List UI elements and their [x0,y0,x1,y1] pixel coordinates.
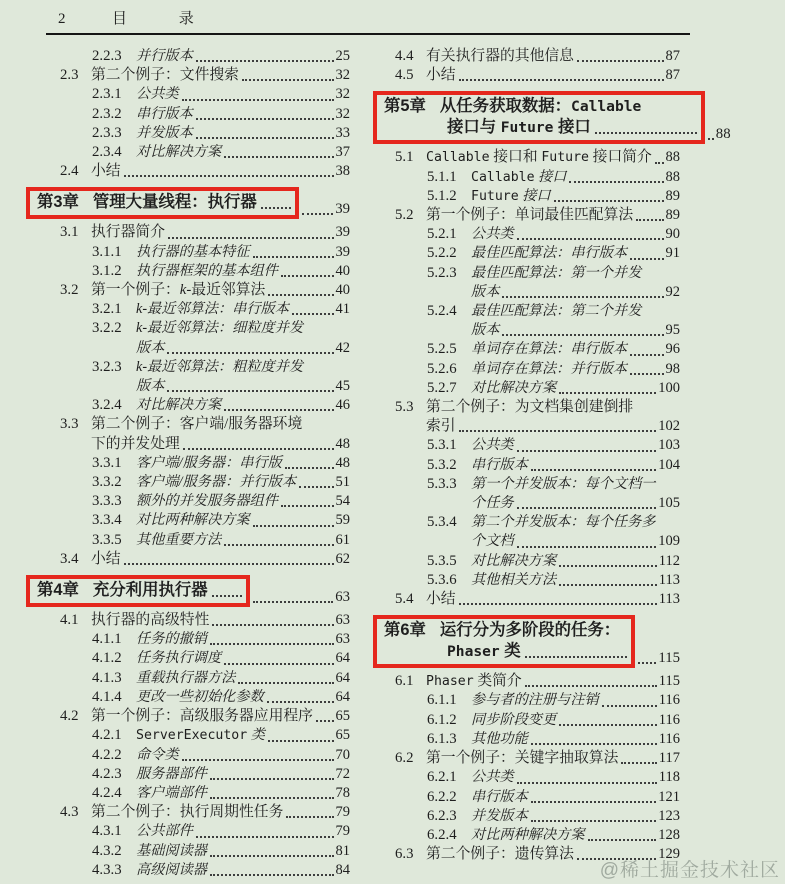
entry-number: 5.1 [395,148,426,167]
toc-entry: 6.2.3并发版本123 [390,807,680,826]
entry-title: Callable 接口 [471,168,566,187]
entry-number: 5.2.6 [427,360,471,379]
toc-column-left: 2.2.3并行版本252.3第二个例子：文件搜索322.3.1公共类322.3.… [55,47,350,880]
toc-entry: 4.1执行器的高级特性63 [55,611,350,630]
entry-title: ServerExecutor 类 [136,726,265,745]
toc-entry: 5.2.6单词存在算法：并行版本98 [390,360,680,379]
entry-number: 3.1.2 [92,262,136,281]
toc-entry: 5.2.7对比解决方案100 [390,379,680,398]
toc-entry: 4.3第二个例子：执行周期性任务79 [55,803,350,822]
dot-leader [281,505,334,507]
toc-entry: 3.1执行器简介39 [55,223,350,242]
entry-title: 第一个例子：单词最佳匹配算法 [426,206,633,225]
chapter-title: 运行分为多阶段的任务： [440,620,620,641]
entry-number: 6.2 [395,749,426,768]
dot-leader [261,207,291,209]
entry-title: 第一个并发版本：每个文档一 [471,475,655,494]
page-ref: 113 [659,571,680,590]
page-ref: 115 [658,649,680,668]
entry-number: 3.3.5 [92,531,136,550]
page-ref: 72 [336,765,351,784]
dot-leader [196,836,334,838]
entry-title: 小结 [426,590,456,609]
entry-title: 执行器简介 [91,223,165,242]
entry-number: 5.4 [395,590,426,609]
entry-number: 5.3.3 [427,475,471,494]
toc-entry: 5.2.4最佳匹配算法：第二个并发 [390,302,680,321]
entry-number: 6.2.3 [427,807,471,826]
toc-entry: 版本42 [55,339,350,358]
entry-title: 执行器的高级特性 [91,611,209,630]
chapter-highlight-box: 第4章充分利用执行器 [26,575,250,607]
entry-number: 2.3.2 [92,105,136,124]
toc-entry: 2.3.3并发版本33 [55,124,350,143]
toc-entry: 3.2.3k-最近邻算法：粗粒度并发 [55,358,350,377]
toc-entry: 5.2.2最佳匹配算法：串行版本91 [390,244,680,263]
page-ref: 100 [658,379,680,398]
page-ref: 61 [336,531,351,550]
page-ref: 116 [659,730,680,749]
page-ref: 59 [336,511,351,530]
chapter-number: 第6章 [384,620,426,641]
page-ref: 117 [659,749,680,768]
dot-leader [525,656,627,658]
page-ref: 40 [336,281,351,300]
entry-number: 2.3.3 [92,124,136,143]
toc-entry: 5.2第一个例子：单词最佳匹配算法89 [390,206,680,225]
entry-title: 客户端部件 [136,784,207,803]
chapter-title: 接口与 Future 接口 [447,117,591,138]
page-ref: 81 [336,842,351,861]
entry-title: 单词存在算法：串行版本 [471,340,627,359]
chapter-title-line: Phaser 类 [384,641,627,662]
entry-title: 并行版本 [136,47,193,66]
page-ref: 64 [336,649,351,668]
entry-title: 对比解决方案 [136,396,221,415]
entry-title: 版本 [471,283,499,302]
dot-leader [517,782,657,784]
dot-leader [196,60,334,62]
entry-title: 其他重要方法 [136,531,221,550]
chapter-number: 第5章 [384,96,426,117]
dot-leader [210,855,334,857]
entry-number: 3.3.4 [92,511,136,530]
dot-leader [302,213,333,215]
chapter-title-line: 接口与 Future 接口 [384,117,697,138]
page-ref: 48 [336,454,351,473]
entry-title: 第二个并发版本：每个任务多 [471,513,655,532]
page-ref: 89 [666,206,681,225]
dot-leader [459,603,657,605]
dot-leader [224,156,333,158]
page-ref: 90 [666,225,681,244]
page-ref: 46 [336,396,351,415]
toc-entry: 6.1.1参与者的注册与注销116 [390,691,680,710]
page-ref: 96 [666,340,681,359]
page-ref: 87 [666,47,681,66]
dot-leader [517,238,664,240]
page-ref: 84 [336,861,351,880]
dot-leader [602,705,657,707]
entry-title: 个任务 [471,494,514,513]
page-ref: 88 [666,168,681,187]
toc-entry: 4.1.3重载执行器方法64 [55,669,350,688]
chapter-title-line: 第6章运行分为多阶段的任务： [384,620,627,641]
entry-number: 3.3.2 [92,473,136,492]
entry-title: 公共类 [471,768,514,787]
chapter-entry: 第4章充分利用执行器63 [26,575,350,607]
entry-title: 并发版本 [471,807,528,826]
page-ref: 63 [336,630,351,649]
entry-title: 客户端/服务器：并行版本 [136,473,296,492]
dot-leader [531,801,656,803]
entry-title: 串行版本 [471,456,528,475]
entry-title: k-最近邻算法：细粒度并发 [136,319,303,338]
entry-title: 最佳匹配算法：第二个并发 [471,302,641,321]
toc-entry: 6.2第一个例子：关键字抽取算法117 [390,749,680,768]
entry-title: 小结 [91,162,121,181]
code-term: Future [501,119,554,136]
entry-title: 版本 [471,321,499,340]
toc-entry: 4.1.1任务的撤销63 [55,630,350,649]
entry-title: 重载执行器方法 [136,669,235,688]
page-ref: 79 [336,803,351,822]
entry-number: 4.1.1 [92,630,136,649]
page-ref: 70 [336,746,351,765]
entry-number: 4.3.2 [92,842,136,861]
entry-number: 4.2.3 [92,765,136,784]
page-header: 2 目 录 [0,0,785,28]
dot-leader [655,162,664,164]
dot-leader [517,507,657,509]
entry-title: 第二个例子：为文档集创建倒排 [426,398,633,417]
dot-leader [531,743,657,745]
entry-number: 4.3 [60,803,91,822]
entry-number: 4.1.2 [92,649,136,668]
toc-entry: 5.1.2Future 接口89 [390,187,680,206]
entry-title: 客户端/服务器：串行版 [136,454,282,473]
toc-entry: 5.3.6其他相关方法113 [390,571,680,590]
entry-number: 4.1 [60,611,91,630]
entry-number: 2.4 [60,162,91,181]
entry-number: 5.3.2 [427,456,471,475]
entry-number: 5.3.6 [427,571,471,590]
entry-title: 对比两种解决方案 [471,826,585,845]
toc-entry: 2.3.1公共类32 [55,85,350,104]
dot-leader [559,565,657,567]
dot-leader [168,237,334,239]
dot-leader [459,79,664,81]
toc-entry: 版本95 [390,321,680,340]
entry-title: 下的并发处理 [91,435,180,454]
entry-title: 个文档 [471,532,514,551]
entry-title: 公共类 [471,436,514,455]
page-ref: 95 [666,321,681,340]
toc-entry: 索引102 [390,417,680,436]
dot-leader [708,138,714,140]
toc-entry: 5.2.3最佳匹配算法：第一个并发 [390,264,680,283]
page-ref: 39 [336,243,351,262]
entry-number: 4.3.3 [92,861,136,880]
dot-leader [559,724,657,726]
dot-leader [196,118,334,120]
entry-title: 索引 [426,417,456,436]
dot-leader [196,137,334,139]
chapter-highlight-box: 第6章运行分为多阶段的任务：Phaser 类 [373,615,635,668]
page-ref: 32 [336,85,351,104]
dot-leader [224,663,333,665]
toc-entry: 5.1Callable 接口和 Future 接口简介88 [390,148,680,167]
entry-number: 4.1.4 [92,688,136,707]
entry-number: 6.1.2 [427,711,471,730]
toc-entry: 5.3.2串行版本104 [390,456,680,475]
toc-entry: 4.1.2任务执行调度64 [55,649,350,668]
page-ref: 123 [658,807,680,826]
dot-leader [531,820,656,822]
toc-entry: 5.3.4第二个并发版本：每个任务多 [390,513,680,532]
page-ref: 65 [336,707,351,726]
toc-entry: 3.3.4对比两种解决方案59 [55,511,350,530]
dot-leader [630,258,663,260]
dot-leader [517,450,657,452]
dot-leader [210,797,334,799]
entry-title: 任务的撤销 [136,630,207,649]
entry-title: Future 接口 [471,187,551,206]
dot-leader [124,563,334,565]
entry-number: 6.2.2 [427,788,471,807]
dot-leader [182,759,334,761]
entry-number: 3.3 [60,415,91,434]
entry-number: 5.2.5 [427,340,471,359]
code-term: Phaser [426,674,474,689]
entry-title: Phaser 类简介 [426,672,522,691]
page-ref: 103 [658,436,680,455]
entry-title: 其他功能 [471,730,528,749]
entry-number: 5.3.5 [427,552,471,571]
page-ref: 115 [659,672,680,691]
entry-title: 小结 [426,66,456,85]
page-ref: 113 [659,590,680,609]
toc-entry: 5.3.5对比解决方案112 [390,552,680,571]
entry-number: 5.2.1 [427,225,471,244]
page-ref: 116 [659,711,680,730]
entry-number: 6.2.4 [427,826,471,845]
entry-title: 第二个例子：客户端/服务器环境 [91,415,302,434]
math-var: k [136,320,142,336]
toc-entry: 6.2.4对比两种解决方案128 [390,826,680,845]
toc-entry: 3.2.2k-最近邻算法：细粒度并发 [55,319,350,338]
entry-title: 其他相关方法 [471,571,556,590]
chapter-entry: 第5章从任务获取数据：Callable接口与 Future 接口88 [373,91,680,144]
entry-number: 3.1 [60,223,91,242]
entry-number: 2.3.1 [92,85,136,104]
page-ref: 87 [666,66,681,85]
toc-entry: 5.4小结113 [390,590,680,609]
dot-leader [183,448,334,450]
dot-leader [559,392,656,394]
dot-leader [224,409,333,411]
code-term: Phaser [447,643,500,660]
page-ref: 65 [336,726,351,745]
page-ref: 88 [716,125,731,144]
entry-number: 6.2.1 [427,768,471,787]
page-ref: 51 [336,473,351,492]
toc-entry: 6.2.2串行版本121 [390,788,680,807]
dot-leader [636,219,663,221]
chapter-number: 第3章 [37,192,79,213]
entry-number: 3.4 [60,550,91,569]
toc-entry: 4.2.3服务器部件72 [55,765,350,784]
dot-leader [299,486,333,488]
page-ref: 118 [659,768,680,787]
page-ref: 62 [336,550,351,569]
entry-number: 6.3 [395,845,426,864]
toc-entry: 2.2.3并行版本25 [55,47,350,66]
page-ref: 79 [336,822,351,841]
chapter-highlight-box: 第3章管理大量线程：执行器 [26,187,299,219]
toc-entry: 5.2.5单词存在算法：串行版本96 [390,340,680,359]
toc-entry: 2.4小结38 [55,162,350,181]
toc-entry: 5.3.1公共类103 [390,436,680,455]
entry-title: Callable 接口和 Future 接口简介 [426,148,652,167]
dot-leader [502,334,663,336]
dot-leader [182,99,334,101]
header-rule [46,33,690,35]
entry-title: 命令类 [136,746,179,765]
entry-title: k-最近邻算法：串行版本 [136,300,289,319]
page-ref: 39 [335,200,350,219]
chapter-entry: 第3章管理大量线程：执行器39 [26,187,350,219]
entry-number: 3.2.3 [92,358,136,377]
dot-leader [224,544,333,546]
toc-entry: 4.2.4客户端部件78 [55,784,350,803]
dot-leader [238,682,333,684]
chapter-title-line: 第4章充分利用执行器 [37,580,242,601]
toc-entry: 3.3.3额外的并发服务器组件54 [55,492,350,511]
toc-entry: 2.3.2串行版本32 [55,105,350,124]
page-ref: 92 [666,283,681,302]
chapter-title-line: 第5章从任务获取数据：Callable [384,96,697,117]
entry-title: 对比解决方案 [471,379,556,398]
toc-entry: 3.2.4对比解决方案46 [55,396,350,415]
page-ref: 89 [666,187,681,206]
entry-number: 3.2 [60,281,91,300]
toc-entry: 4.3.2基础阅读器81 [55,842,350,861]
dot-leader [253,525,334,527]
toc-columns: 2.2.3并行版本252.3第二个例子：文件搜索322.3.1公共类322.3.… [0,47,785,880]
entry-title: 版本 [136,377,164,396]
entry-number: 3.2.4 [92,396,136,415]
dot-leader [253,256,334,258]
entry-title: 单词存在算法：并行版本 [471,360,627,379]
entry-title: 对比两种解决方案 [136,511,250,530]
math-var: k [136,359,142,375]
page-ref: 109 [658,532,680,551]
page-ref: 63 [335,588,350,607]
dot-leader [268,740,334,742]
toc-entry: 个文档109 [390,532,680,551]
dot-leader [210,643,334,645]
entry-number: 6.1.1 [427,691,471,710]
entry-number: 5.2 [395,206,426,225]
chapter-number: 第4章 [37,580,79,601]
page-ref: 63 [336,611,351,630]
code-term: ServerExecutor [136,728,247,743]
entry-number: 5.2.7 [427,379,471,398]
page-ref: 64 [336,688,351,707]
page-title: 目 录 [112,7,211,28]
dot-leader [502,296,663,298]
entry-title: 更改一些初始化参数 [136,688,264,707]
toc-entry: 6.1.3其他功能116 [390,730,680,749]
entry-number: 4.2.1 [92,726,136,745]
entry-title: 最佳匹配算法：串行版本 [471,244,627,263]
page-ref: 42 [336,339,351,358]
entry-title: 第一个例子：关键字抽取算法 [426,749,618,768]
toc-entry: 3.3.2客户端/服务器：并行版本51 [55,473,350,492]
page-ref: 105 [658,494,680,513]
page-ref: 40 [336,262,351,281]
page-ref: 33 [336,124,351,143]
entry-title: 额外的并发服务器组件 [136,492,278,511]
toc-entry: 4.3.3高级阅读器84 [55,861,350,880]
entry-number: 3.1.1 [92,243,136,262]
chapter-title: 充分利用执行器 [93,580,208,601]
chapter-title-line: 第3章管理大量线程：执行器 [37,192,291,213]
toc-entry: 6.1Phaser 类简介115 [390,672,680,691]
dot-leader [210,778,334,780]
page-ref: 64 [336,669,351,688]
page-ref: 32 [336,66,351,85]
entry-number: 4.2 [60,707,91,726]
entry-number: 6.1.3 [427,730,471,749]
toc-entry: 4.4有关执行器的其他信息87 [390,47,680,66]
entry-title: 最佳匹配算法：第一个并发 [471,264,641,283]
page-ref: 45 [336,377,351,396]
dot-leader [630,354,663,356]
page-ref: 37 [336,143,351,162]
page-ref: 91 [666,244,681,263]
dot-leader [167,352,333,354]
entry-title: k-最近邻算法：粗粒度并发 [136,358,303,377]
toc-entry: 5.1.1Callable 接口88 [390,168,680,187]
page-number: 2 [58,11,112,28]
dot-leader [167,390,333,392]
page-ref: 48 [336,435,351,454]
code-term: Future [471,189,519,204]
entry-title: 有关执行器的其他信息 [426,47,574,66]
toc-entry: 3.1.2执行器框架的基本组件40 [55,262,350,281]
toc-entry: 6.1.2同步阶段变更116 [390,711,680,730]
entry-number: 5.2.4 [427,302,471,321]
entry-number: 2.2.3 [92,47,136,66]
dot-leader [517,546,657,548]
page-ref: 112 [659,552,680,571]
entry-title: 第一个例子：高级服务器应用程序 [91,707,313,726]
toc-entry: 5.3.3第一个并发版本：每个文档一 [390,475,680,494]
entry-number: 3.3.3 [92,492,136,511]
dot-leader [242,79,334,81]
toc-entry: 3.1.1执行器的基本特征39 [55,243,350,262]
toc-entry: 版本45 [55,377,350,396]
entry-title: 串行版本 [136,105,193,124]
toc-entry: 3.3第二个例子：客户端/服务器环境 [55,415,350,434]
entry-title: 公共部件 [136,822,193,841]
toc-entry: 下的并发处理48 [55,435,350,454]
entry-number: 2.3 [60,66,91,85]
entry-title: 第二个例子：文件搜索 [91,66,239,85]
math-var: k [136,301,142,317]
